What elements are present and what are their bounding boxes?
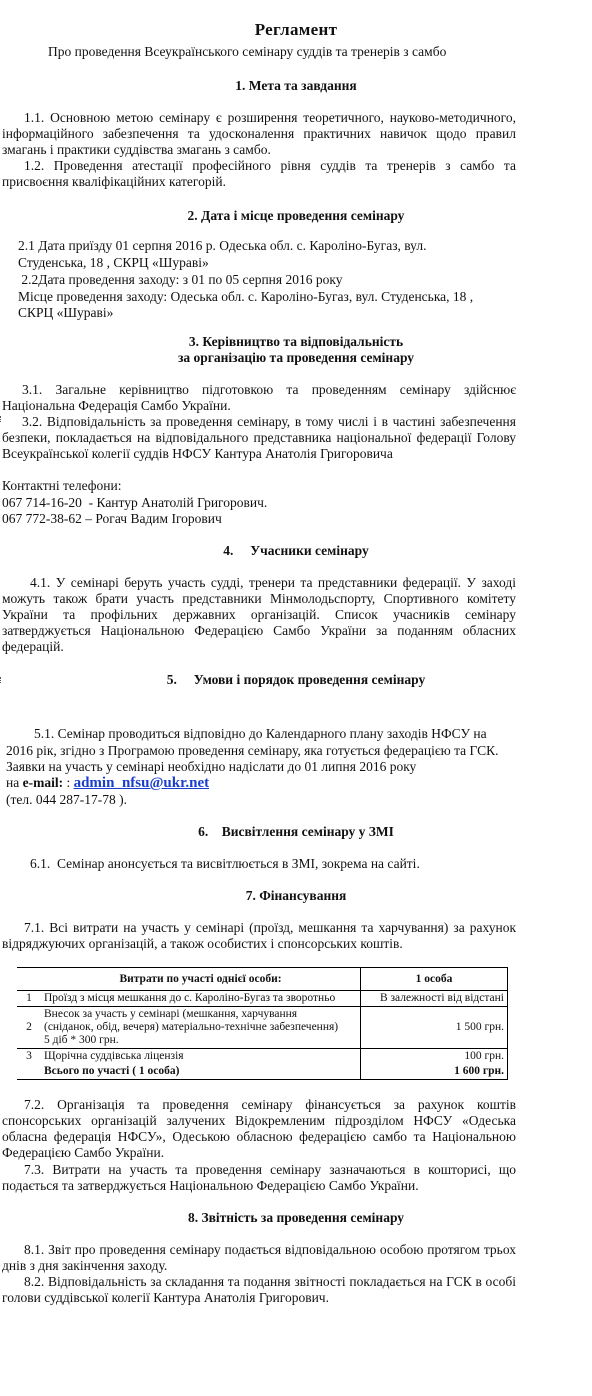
total-value: 1 600 грн. [361,1064,508,1080]
section-8-heading: 8. Звітність за проведення семінару [0,1210,592,1226]
contact-phone: (тел. 044 287-17-78 ). [6,792,127,808]
row-value: 100 грн. [361,1049,508,1065]
paragraph-5-line: 5.1. Семінар проводиться відповідно до К… [34,726,487,742]
paragraph-5-line: 2016 рік, згідно з Програмою проведення … [6,743,499,759]
table-total-row: Всього по участі ( 1 особа) 1 600 грн. [17,1064,508,1080]
paragraph-2-line: Місце проведення заходу: Одеська обл. с.… [18,289,473,305]
paragraph-1-1: 1.1. Основною метою семінару є розширенн… [2,110,516,158]
contact-phone: 067 772-38-62 – Рогач Вадим Ігорович [2,511,222,527]
row-item: Щорічна суддівська ліцензія [41,1049,361,1065]
paragraph-7-2: 7.2. Організація та проведення семінару … [2,1097,516,1161]
row-number: 3 [17,1049,41,1065]
paragraph-6-1: 6.1. Семінар анонсується та висвітлюєтьс… [30,856,420,872]
paragraph-8-1: 8.1. Звіт про проведення семінару подаєт… [2,1242,516,1274]
document-title: Регламент [0,22,592,38]
paragraph-2-line: Студенська, 18 , СКРЦ «Шураві» [18,255,209,271]
paragraph-2-line: 2.1 Дата приїзду 01 серпня 2016 р. Одесь… [18,238,426,254]
email-prefix: на [6,775,23,790]
email-label: e-mail: [23,775,63,790]
paragraph-7-3: 7.3. Витрати на участь та проведення сем… [2,1162,516,1194]
paragraph-3-2: 3.2. Відповідальність за проведення семі… [2,414,516,462]
contact-phone: 067 714-16-20 - Кантур Анатолій Григоров… [2,495,267,511]
row-item: Проїзд з місця мешкання до с. Кароліно-Б… [41,991,361,1007]
section-7-heading: 7. Фінансування [0,888,592,904]
row-item: Внесок за участь у семінарі (мешкання, х… [41,1007,361,1049]
paragraph-8-2: 8.2. Відповідальність за складання та по… [2,1274,516,1306]
table-row: 3 Щорічна суддівська ліцензія 100 грн. [17,1049,508,1065]
paragraph-7-1: 7.1. Всі витрати на участь у семінарі (п… [2,920,516,952]
section-2-heading: 2. Дата і місце проведення семінару [0,208,592,224]
paragraph-1-2: 1.2. Проведення атестації професійного р… [2,158,516,190]
cost-table: Витрати по участі однієї особи: 1 особа … [17,967,508,1080]
table-row: 1 Проїзд з місця мешкання до с. Кароліно… [17,991,508,1007]
total-label: Всього по участі ( 1 особа) [41,1064,361,1080]
table-header-cell: 1 особа [361,968,508,991]
section-4-heading: 4. Учасники семінару [0,543,592,559]
section-5-heading: 5. Умови і порядок проведення семінару [0,672,592,688]
row-value: В залежності від відстані [361,991,508,1007]
paragraph-5-line: Заявки на участь у семінарі необхідно на… [6,759,416,775]
section-3-heading-line1: 3. Керівництво та відповідальність [0,334,592,350]
section-6-heading: 6. Висвітлення семінару у ЗМІ [0,824,592,840]
section-3-heading-line2: за організацію та проведення семінару [0,350,592,366]
contacts-label: Контактні телефони: [2,478,121,494]
section-1-heading: 1. Мета та завдання [0,78,592,94]
document-subtitle: Про проведення Всеукраїнського семінару … [48,44,446,60]
paragraph-3-1: 3.1. Загальне керівництво підготовкою та… [2,382,516,414]
paragraph-2-line: 2.2Дата проведення заходу: з 01 по 05 се… [18,272,342,288]
table-header-cell [17,968,41,991]
email-line: на e-mail: : admin_nfsu@ukr.net [6,775,209,791]
table-header-cell: Витрати по участі однієї особи: [41,968,361,991]
table-header-row: Витрати по участі однієї особи: 1 особа [17,968,508,991]
row-number: 2 [17,1007,41,1049]
paragraph-2-line: СКРЦ «Шураві» [18,305,113,321]
email-link[interactable]: admin_nfsu@ukr.net [74,775,210,791]
table-row: 2 Внесок за участь у семінарі (мешкання,… [17,1007,508,1049]
row-value: 1 500 грн. [361,1007,508,1049]
email-separator: : [63,775,74,790]
paragraph-4-1: 4.1. У семінарі беруть участь судді, тре… [2,575,516,655]
row-number: 1 [17,991,41,1007]
